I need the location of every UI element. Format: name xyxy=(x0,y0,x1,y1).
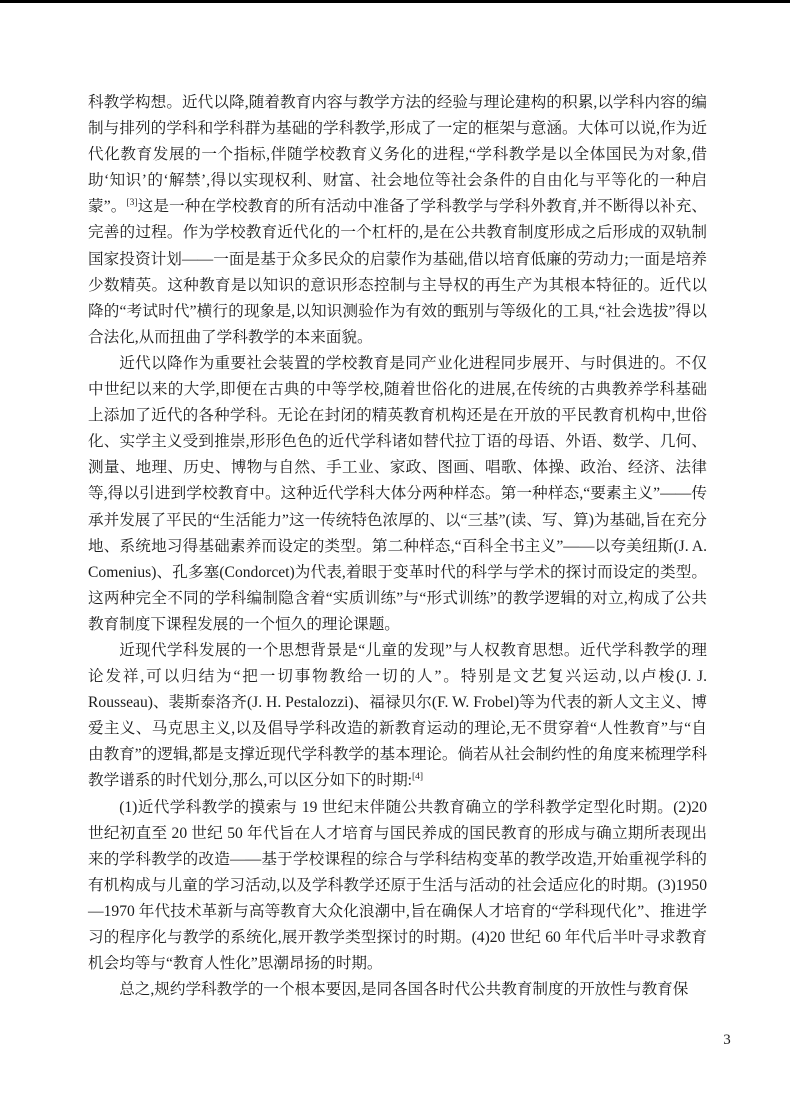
body-paragraph: 近现代学科发展的一个思想背景是“儿童的发现”与人权教育思想。近代学科教学的理论发… xyxy=(88,638,707,795)
body-paragraph: (1)近代学科教学的摸索与 19 世纪末伴随公共教育确立的学科教学定型化时期。(… xyxy=(88,795,707,978)
body-paragraph: 总之,规约学科教学的一个根本要因,是同各国各时代公共教育制度的开放性与教育保 xyxy=(88,977,707,1003)
footnote-reference: [4] xyxy=(412,772,423,782)
body-paragraph: 近代以降作为重要社会装置的学校教育是同产业化进程同步展开、与时俱进的。不仅中世纪… xyxy=(88,351,707,638)
paragraph-text: (1)近代学科教学的摸索与 19 世纪末伴随公共教育确立的学科教学定型化时期。(… xyxy=(88,799,707,973)
paragraph-text: 这是一种在学校教育的所有活动中准备了学科教学与学科外教育,并不断得以补充、完善的… xyxy=(88,198,707,345)
scan-edge-artifact xyxy=(0,0,790,3)
page-number: 3 xyxy=(712,1032,742,1049)
body-text: 科教学构想。近代以降,随着教育内容与教学方法的经验与理论建构的积累,以学科内容的… xyxy=(88,90,707,1003)
paragraph-text: 近现代学科发展的一个思想背景是“儿童的发现”与人权教育思想。近代学科教学的理论发… xyxy=(88,642,707,789)
paragraph-text: 近代以降作为重要社会装置的学校教育是同产业化进程同步展开、与时俱进的。不仅中世纪… xyxy=(88,355,707,633)
document-page: 科教学构想。近代以降,随着教育内容与教学方法的经验与理论建构的积累,以学科内容的… xyxy=(0,0,790,1094)
footnote-reference: [3] xyxy=(126,198,137,208)
body-paragraph: 科教学构想。近代以降,随着教育内容与教学方法的经验与理论建构的积累,以学科内容的… xyxy=(88,90,707,351)
paragraph-text: 总之,规约学科教学的一个根本要因,是同各国各时代公共教育制度的开放性与教育保 xyxy=(119,981,688,998)
